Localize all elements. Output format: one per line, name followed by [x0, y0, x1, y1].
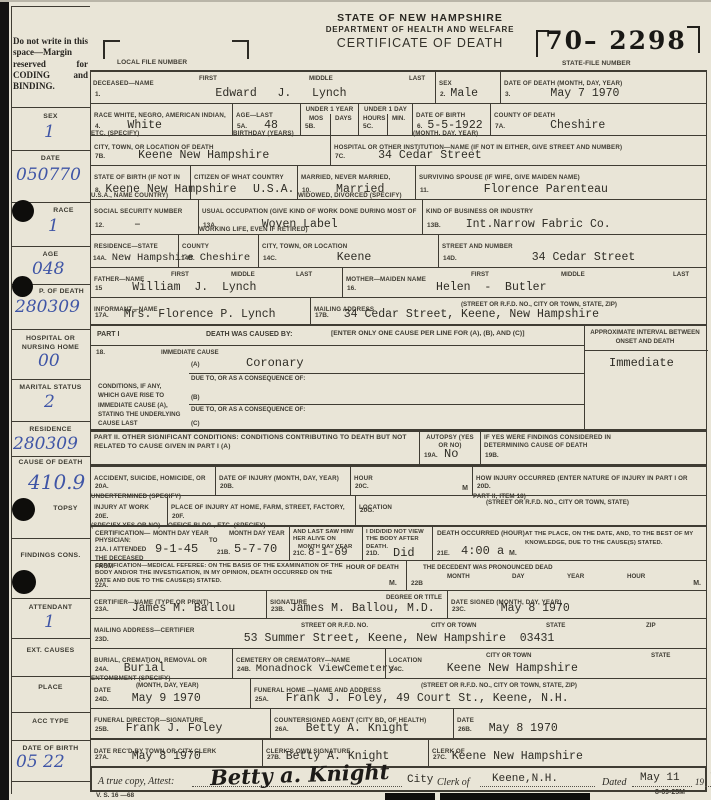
field-value: May 8 1970	[477, 722, 558, 735]
line-b-label: (B)	[191, 394, 200, 401]
margin-line	[11, 712, 90, 713]
field-number: 20D.	[477, 483, 491, 490]
scan-edge-top	[0, 0, 711, 2]
field-number: 15	[95, 285, 102, 292]
margin-value-hospital: 00	[38, 351, 60, 371]
field-number: 14D.	[443, 255, 457, 262]
margin-line	[11, 246, 90, 247]
field-number: 7B.	[95, 153, 105, 160]
field-number: 13A.	[203, 222, 217, 229]
field-ssn: SOCIAL SECURITY NUMBER 12.–	[90, 199, 199, 235]
field-findings-considered: IF YES WERE FINDINGS CON­SIDERED IN DETE…	[480, 430, 707, 465]
field-number: 22B	[411, 580, 423, 587]
death-certificate-scan: Do not write in this space—Margin reserv…	[0, 0, 711, 800]
field-age: AGE—LAST BIRTHDAY (YEARS) 5A.48	[232, 103, 301, 136]
field-label: AND LAST SAW HIM/ HER ALIVE ON	[290, 527, 362, 544]
field-value: Keene New Hampshire	[105, 183, 236, 196]
margin-value-attendant: 1	[44, 612, 55, 632]
subhead-zip: ZIP	[646, 622, 656, 629]
scan-tab	[440, 793, 590, 800]
attest-place-typed: Keene,N.H.	[492, 773, 558, 785]
field-certifier-signature: SIGNATURE DEGREE OR TITLE 23B.James M. B…	[266, 590, 448, 619]
margin-label-dob: DATE OF BIRTH	[11, 745, 90, 752]
margin-value-race: 1	[48, 216, 59, 236]
subhead-middle: MIDDLE	[309, 75, 333, 82]
field-sex: SEX 2.Male	[435, 70, 501, 104]
form-title-dept: DEPARTMENT OF HEALTH AND WELFARE	[270, 25, 570, 34]
field-number: 5B.	[305, 123, 315, 130]
field-number: 24C.	[390, 666, 404, 673]
field-city-of-death: CITY, TOWN, OR LOCATION OF DEATH 7B.Keen…	[90, 135, 331, 166]
part1-instruction: [ENTER ONLY ONE CAUSE PER LINE FOR (A), …	[331, 330, 524, 337]
field-disposition-date: DATE (MONTH, DAY, YEAR) 24D.May 9 1970	[90, 678, 251, 709]
margin-line	[11, 638, 90, 639]
place-note: AT THE PLACE, ON THE DATE, AND, TO THE B…	[525, 530, 703, 547]
to-label: TO	[209, 537, 217, 544]
field-number: 24A.	[95, 666, 109, 673]
field-number: 14A.	[93, 255, 107, 262]
field-value: Cheshire	[200, 252, 250, 264]
field-value: Frank J. Foley	[114, 722, 223, 735]
field-marital-status: MARRIED, NEVER MARRIED, WIDOWED, DIVORCE…	[297, 165, 416, 200]
field-value: Cheshire	[510, 119, 605, 132]
field-number: 11.	[420, 187, 429, 194]
field-residence-street: STREET AND NUMBER 14D.34 Cedar Street	[438, 234, 707, 268]
dotted-leader	[632, 786, 692, 787]
margin-value-place-of-death: 280309	[15, 297, 80, 317]
field-value: Helen - Butler	[361, 281, 546, 294]
field-value: May 7 1970	[515, 87, 619, 100]
field-number: 7A.	[495, 123, 505, 130]
field-value: 53 Summer Street, Keene, New Hampshire 0…	[114, 632, 555, 645]
field-value: Keene	[282, 251, 372, 264]
margin-value-dob: 05 22	[16, 752, 65, 772]
subhead-middle: MIDDLE	[561, 271, 585, 278]
field-value: May 8 1970	[471, 602, 570, 615]
field-deceased-name: DECEASED—NAME FIRST MIDDLE LAST 1.Edward…	[90, 70, 436, 104]
field-certifier-name: CERTIFIER—NAME (TYPE OR PRINT) 23A.James…	[90, 590, 267, 619]
margin-line	[11, 676, 90, 677]
attended-from-value: 9-1-45	[155, 542, 198, 556]
field-value: Woven Label	[222, 218, 338, 231]
field-death-occurred-hour: DEATH OCCURRED (HOUR) 21E. 4:00 a M. AT …	[432, 525, 707, 561]
field-date-signed: DATE SIGNED (MONTH, DAY, YEAR) 23C.May 8…	[447, 590, 707, 619]
field-number: 22A.	[95, 582, 108, 589]
field-certification-physician: CERTIFICATION— PHYSICIAN: MONTH DAY YEAR…	[90, 525, 290, 561]
field-number: 27C.	[433, 754, 447, 761]
certification-label: CERTIFICATION—	[95, 530, 150, 537]
field-date-received-clerk: DATE REC'D BY TOWN OR CITY CLERK 27A.May…	[90, 738, 263, 767]
field-viewed-body: I DID/DID NOT VIEW THE BODY AFTER DEATH.…	[362, 525, 433, 561]
field-informant: INFORMANT—NAME 17A.Mrs. Florence P. Lync…	[90, 297, 311, 325]
margin-note: Do not write in this space—Margin reserv…	[13, 36, 88, 92]
attest-dated: Dated	[602, 777, 626, 788]
field-label: THE DECEDENT WAS PRONOUNCED DEAD	[423, 564, 553, 571]
margin-line	[11, 421, 90, 422]
margin-line	[11, 598, 90, 599]
state-file-number: 70– 2298	[542, 26, 690, 55]
margin-line	[11, 379, 90, 380]
field-last-saw-alive: AND LAST SAW HIM/ HER ALIVE ON MONTH DAY…	[289, 525, 363, 561]
due-to-label-1: DUE TO, OR AS A CONSEQUENCE OF:	[191, 375, 305, 382]
part1-number: 18.	[96, 349, 105, 356]
field-number: 21D.	[366, 550, 379, 557]
field-number: 27B.	[267, 754, 281, 761]
margin-value-age: 048	[32, 259, 64, 279]
subhead-hour: HOUR	[627, 573, 645, 580]
field-value: Married	[316, 183, 384, 196]
margin-value-cause: 410.9	[28, 470, 85, 494]
field-number: 24B.	[237, 666, 251, 673]
field-funeral-home: FUNERAL HOME —NAME AND ADDRESS (STREET O…	[250, 678, 707, 709]
field-mother-name: MOTHER—MAIDEN NAME FIRST MIDDLE LAST 16.…	[342, 267, 707, 298]
attest-clerk-of: Clerk of	[437, 777, 470, 788]
margin-line	[11, 740, 90, 741]
field-cemetery-location: LOCATION CITY OR TOWN STATE 24C.Keene Ne…	[385, 648, 707, 679]
field-number: 21C.	[293, 550, 306, 557]
field-number: 12.	[95, 222, 104, 229]
field-hour-of-injury: HOUR M 20C.	[350, 465, 473, 496]
field-value: Mrs. Florence P. Lynch	[114, 308, 276, 321]
field-under-1-year: UNDER 1 YEAR MOS DAYS 5B.	[300, 103, 359, 136]
margin-line	[11, 329, 90, 330]
field-value: –	[109, 218, 141, 231]
field-number: 3.	[505, 91, 510, 98]
field-value: James M. Ballou, M.D.	[290, 602, 435, 615]
field-value: Keene New Hampshire	[409, 662, 578, 675]
immediate-cause-label: IMMEDIATE CAUSE	[161, 349, 219, 356]
field-number: 1.	[95, 91, 100, 98]
field-value: William J. Lynch	[107, 281, 256, 294]
field-value: Int.Narrow Fabric Co.	[446, 218, 611, 231]
part1-interval-divider	[584, 326, 585, 432]
crop-mark	[103, 40, 120, 59]
field-value: 48	[252, 119, 278, 132]
cell-divider	[387, 114, 388, 136]
field-number: 24D.	[95, 696, 109, 703]
meridiem-label: M.	[389, 580, 397, 587]
field-number: 8.	[95, 187, 100, 194]
margin-label-ext-causes: EXT. CAUSES	[11, 647, 90, 654]
field-date-of-injury: DATE OF INJURY (MONTH, DAY, YEAR) 20B.	[215, 465, 351, 496]
field-value: 34 Cedar Street	[462, 251, 636, 264]
margin-label-hospital: HOSPITAL OR NURSING HOME	[11, 334, 90, 352]
field-value: 4:00 a	[461, 544, 504, 558]
field-state-of-birth: STATE OF BIRTH (IF NOT IN U.S.A., NAME C…	[90, 165, 191, 200]
subhead-year: YEAR	[567, 573, 584, 580]
cell-divider	[330, 114, 331, 136]
part2-label: PART II. OTHER SIGNIFICANT CONDITIONS: C…	[91, 432, 419, 451]
field-number: 10.	[302, 187, 311, 194]
margin-value-sex: 1	[44, 122, 55, 142]
field-residence-city: CITY, TOWN, OR LOCATION 14C.Keene	[258, 234, 439, 268]
field-father-name: FATHER—NAME FIRST MIDDLE LAST 15William …	[90, 267, 343, 298]
field-number: 7C.	[335, 153, 345, 160]
field-number: 23B.	[271, 606, 285, 613]
field-number: 25A.	[255, 696, 269, 703]
field-county-of-death: COUNTY OF DEATH 7A.Cheshire	[490, 103, 707, 136]
field-value: 8-1-69	[308, 547, 348, 559]
interval-a-value: Immediate	[609, 356, 674, 370]
field-value: Keene New Hampshire	[452, 750, 583, 763]
mdy-head-1: MONTH DAY YEAR	[153, 530, 209, 537]
margin-label-acc-type: ACC TYPE	[11, 718, 90, 725]
field-label: UNDER 1 DAY	[359, 104, 412, 114]
field-label: DEATH OCCURRED (HOUR)	[437, 530, 525, 537]
field-number: 20F.	[172, 513, 184, 520]
field-number: 14C.	[263, 255, 277, 262]
meridiem-label: M.	[693, 580, 701, 587]
scan-edge	[0, 0, 9, 800]
field-surviving-spouse: SURVIVING SPOUSE (IF WIFE, GIVE MAIDEN N…	[415, 165, 707, 200]
cause-line	[189, 404, 584, 405]
field-number: 20A.	[95, 483, 109, 490]
field-value: Male	[450, 87, 478, 100]
field-number: 20C.	[355, 483, 369, 490]
field-number: 17A.	[95, 312, 109, 319]
field-value: U.S.A.	[253, 183, 294, 196]
part1-caused-by: DEATH WAS CAUSED BY:	[206, 331, 292, 338]
meridiem-label: M	[462, 485, 468, 492]
margin-label-residence: RESIDENCE	[11, 426, 90, 433]
conditions-label: CONDITIONS, IF ANY, WHICH GAVE RISE TO I…	[98, 382, 184, 428]
margin-line	[11, 107, 90, 108]
field-race: RACE WHITE, NEGRO, AMERICAN INDIAN, ETC.…	[90, 103, 233, 136]
field-residence-county: COUNTY 14B.Cheshire	[178, 234, 259, 268]
field-number: 20G.	[360, 507, 374, 514]
margin-label-cause: CAUSE OF DEATH	[11, 459, 90, 466]
field-funeral-director: FUNERAL DIRECTOR—SIGNATURE 25B.Frank J. …	[90, 708, 271, 739]
margin-label-findings: FINDINGS CONS.	[11, 552, 90, 559]
field-how-injury-occurred: HOW INJURY OCCURRED (ENTER NATURE OF INJ…	[472, 465, 707, 496]
margin-label-place: PLACE	[11, 684, 90, 691]
local-file-number-label: LOCAL FILE NUMBER	[117, 59, 187, 67]
field-value: Did	[393, 546, 415, 560]
field-number: 6.	[417, 123, 422, 130]
margin-line	[11, 456, 90, 457]
subhead-min: MIN.	[392, 115, 405, 122]
attended-to-value: 5-7-70	[234, 542, 277, 556]
field-value: Burial	[114, 662, 165, 675]
dotted-leader	[705, 786, 711, 787]
interval-label: APPROXIMATE INTERVAL BETWEEN ONSET AND D…	[589, 329, 701, 346]
field-value: Monadnock ViewCemetery	[256, 663, 395, 675]
part1-box: PART I DEATH WAS CAUSED BY: [ENTER ONLY …	[90, 324, 707, 430]
certification-referee-label: CERTIFICATION—MEDICAL FEFEREE: ON THE BA…	[91, 561, 345, 585]
field-certification-referee: CERTIFICATION—MEDICAL FEFEREE: ON THE BA…	[90, 560, 407, 591]
field-number: 23A.	[95, 606, 109, 613]
field-number: 19B.	[485, 452, 499, 459]
form-title-state: STATE OF NEW HAMPSHIRE	[270, 12, 570, 24]
dotted-leader	[480, 786, 595, 787]
field-value: Edward J. Lynch	[105, 87, 346, 100]
part1-header-line	[91, 345, 584, 346]
field-number: 21E.	[437, 550, 450, 557]
margin-line	[11, 538, 90, 539]
physician-label: PHYSICIAN:	[95, 537, 131, 544]
field-industry: KIND OF BUSINESS OR INDUSTRY 13B.Int.Nar…	[422, 199, 707, 235]
field-label-note: (STREET OR R.F.D. NO., CITY OR TOWN, STA…	[486, 499, 629, 506]
field-value: Florence Parenteau	[434, 183, 608, 196]
margin-value-residence: 280309	[13, 434, 78, 454]
margin-label-attendant: ATTENDANT	[11, 604, 90, 611]
line-a-label: (A)	[191, 361, 200, 368]
subhead-days: DAYS	[335, 115, 352, 122]
field-number: 17B.	[315, 312, 329, 319]
field-place-of-injury: PLACE OF INJURY AT HOME, FARM, STREET, F…	[167, 495, 356, 526]
field-value: May 8 1970	[114, 750, 201, 763]
margin-line	[11, 150, 90, 151]
subhead-state: STATE	[651, 652, 670, 659]
interval-line	[584, 350, 708, 351]
field-disposition-type: BURIAL, CREMATION, REMOVAL OR ENTOMBMENT…	[90, 648, 233, 679]
margin-line	[11, 6, 90, 7]
attest-row: A true copy, Attest: Betty a. Knight Cit…	[90, 766, 707, 792]
part2-box: PART II. OTHER SIGNIFICANT CONDITIONS: C…	[90, 430, 420, 465]
subhead-last: LAST	[296, 271, 312, 278]
state-file-number-label: STATE-FILE NUMBER	[562, 60, 631, 68]
subhead-day: DAY	[512, 573, 525, 580]
field-number: 23D.	[95, 636, 109, 643]
field-number: 19A.	[424, 452, 438, 459]
mdy-head-2: MONTH DAY YEAR	[229, 530, 285, 537]
field-value: Keene New Hampshire	[110, 149, 269, 162]
margin-value-date: 050770	[16, 165, 81, 185]
attest-date-typed: May 11	[640, 772, 680, 784]
hole-punch-dot	[12, 570, 36, 594]
field-value: Betty A. Knight	[294, 722, 410, 735]
margin-label-sex: SEX	[11, 113, 90, 120]
field-clerk-of: CLERK OF 27C.Keene New Hampshire	[428, 738, 707, 767]
field-hospital: HOSPITAL OR OTHER INSTITUTION—NAME (IF N…	[330, 135, 707, 166]
field-value: No	[444, 447, 458, 461]
field-pronounced-dead: 22B THE DECEDENT WAS PRONOUNCED DEAD MON…	[406, 560, 707, 591]
field-mailing-address: MAILING ADDRESS (STREET OR R.F.D. NO., C…	[310, 297, 707, 325]
subhead-last: LAST	[409, 75, 425, 82]
field-autopsy: AUTOPSY (YES OR NO) No 19A.	[419, 430, 481, 465]
field-number: 13B.	[427, 222, 441, 229]
field-number: 4.	[95, 123, 100, 130]
field-residence-state: RESIDENCE—STATE 14A.New Hampshire	[90, 234, 179, 268]
margin-line	[11, 781, 90, 782]
field-number: 14B.	[181, 255, 195, 262]
field-occupation: USUAL OCCUPATION (GIVE KIND OF WORK DONE…	[198, 199, 423, 235]
field-value: Frank J. Foley, 49 Court St., Keene, N.H…	[274, 692, 569, 705]
margin-label-date: DATE	[11, 155, 90, 162]
field-number: 2.	[440, 91, 445, 98]
subhead-month: MONTH	[447, 573, 470, 580]
margin-value-marital: 2	[44, 392, 55, 412]
line-c-label: (C)	[191, 420, 200, 427]
field-number: 5A.	[237, 123, 247, 130]
field-value: James M. Ballou	[114, 602, 236, 615]
crop-mark	[232, 40, 249, 59]
field-number: 20B.	[220, 483, 234, 490]
field-number: 20E.	[95, 513, 108, 520]
field-label: UNDER 1 YEAR	[301, 104, 358, 114]
subhead-last: LAST	[673, 271, 689, 278]
field-label: IF YES WERE FINDINGS CON­SIDERED IN DETE…	[481, 432, 657, 450]
field-value: 34 Cedar Street	[350, 149, 482, 162]
field-injury-at-work: INJURY AT WORK (SPECIFY YES OR NO) 20E.	[90, 495, 168, 526]
print-code: 8-69-25M	[655, 789, 685, 796]
hour-of-death-label: HOUR OF DEATH	[346, 564, 399, 571]
field-countersigned-agent: COUNTERSIGNED AGENT (CITY BD. OF HEALTH)…	[270, 708, 454, 739]
field-date-of-death: DATE OF DEATH (MONTH, DAY, YEAR) 3.May 7…	[500, 70, 707, 104]
cause-a-value: Coronary	[246, 356, 304, 370]
field-number: 27A.	[95, 754, 109, 761]
field-cemetery-name: CEMETERY OR CREMATORY—NAME 24B.Monadnock…	[232, 648, 386, 679]
field-injury-location: LOCATION (STREET OR R.F.D. NO., CITY OR …	[355, 495, 707, 526]
cause-line	[189, 373, 584, 374]
margin-label-age: AGE	[11, 251, 90, 258]
scan-tab	[385, 793, 435, 800]
form-number: V. S. 16 —68	[96, 792, 134, 799]
field-date-of-birth: DATE OF BIRTH (MONTH, DAY, YEAR) 6.5-5-1…	[412, 103, 491, 136]
due-to-label-2: DUE TO, OR AS A CONSEQUENCE OF:	[191, 406, 305, 413]
subhead-first: FIRST	[199, 75, 217, 82]
field-certifier-mailing-address: MAILING ADDRESS—CERTIFIER STREET OR R.F.…	[90, 618, 707, 649]
field-value: May 9 1970	[114, 692, 201, 705]
field-number: 16.	[347, 285, 356, 292]
field-number: 5C.	[363, 123, 373, 130]
field-value: 5-5-1922	[427, 119, 482, 132]
margin-label-marital: MARITAL STATUS	[11, 384, 90, 391]
field-agent-date: DATE 26B.May 8 1970	[453, 708, 707, 739]
field-value: 34 Cedar Street, Keene, New Hampshire	[334, 308, 599, 321]
attest-prefix: A true copy, Attest:	[98, 776, 174, 787]
meridiem-label: M.	[509, 550, 517, 557]
attest-year-prefix: 19	[695, 777, 704, 787]
field-value: White	[105, 119, 162, 132]
field-accident-suicide: ACCIDENT, SUICIDE, HOMICIDE, OR UNDERTER…	[90, 465, 216, 496]
field-number: 21B.	[217, 549, 230, 556]
field-number: 26A.	[275, 726, 289, 733]
field-number: 26B.	[458, 726, 472, 733]
field-under-1-day: UNDER 1 DAY HOURS MIN. 5C.	[358, 103, 413, 136]
part1-title: PART I	[97, 331, 119, 338]
field-number: 25B.	[95, 726, 109, 733]
form-title-cert: CERTIFICATE OF DEATH	[270, 36, 570, 50]
field-number: 23C.	[452, 606, 466, 613]
attest-city-typed: City	[407, 774, 433, 786]
